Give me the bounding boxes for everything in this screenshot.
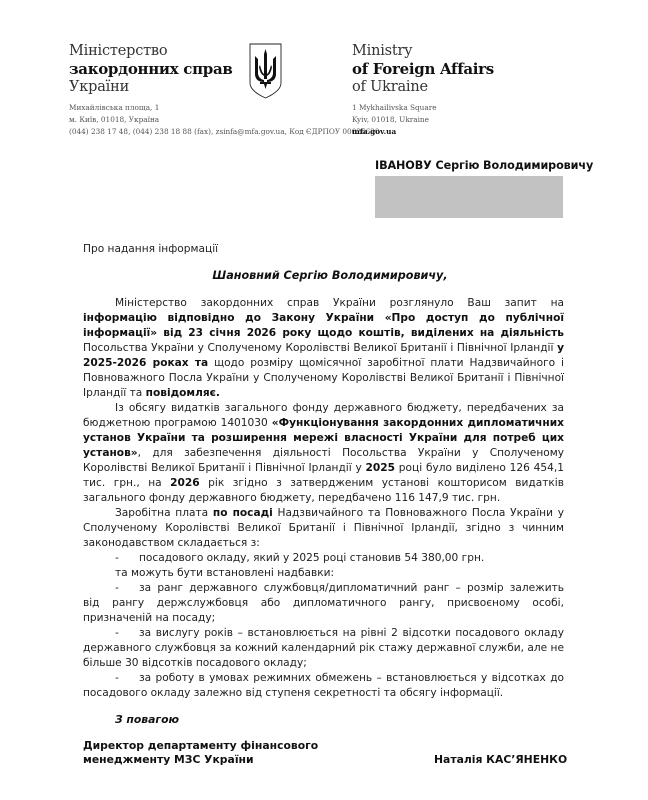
ministry-name-line1: Міністерство (69, 42, 380, 60)
list-item-regime-allowance: -за роботу в умовах режимних обмежень – … (83, 671, 564, 701)
coat-of-arms-trident-icon (249, 43, 282, 99)
contacts-line: (044) 238 17 48, (044) 238 18 88 (fax), … (69, 126, 380, 138)
addressee-name: ІВАНОВУ Сергію Володимировичу (375, 159, 593, 172)
regime-allowance-text: за роботу в умовах режимних обмежень – в… (83, 672, 564, 699)
dash-bullet: - (115, 626, 139, 641)
p2-year-2025: 2025 (366, 462, 396, 474)
salutation: Шановний Сергію Володимировичу, (0, 269, 648, 282)
ministry-name-line3: України (69, 78, 380, 96)
p1-text-a: Міністерство закордонних справ України р… (115, 297, 564, 309)
p3-emphasis: по посаді (213, 507, 273, 519)
letter-subject: Про надання інформації (83, 243, 218, 255)
seniority-allowance-text: за вислугу років – встановлюється на рів… (83, 627, 564, 669)
p1-text-f: повідомляє. (146, 387, 220, 399)
address-en-line1: 1 Mykhailivska Square (352, 102, 494, 114)
p1-text-c: Посольства України у Сполученому Королів… (83, 342, 557, 354)
address-line2: м. Київ, 01018, Україна (69, 114, 380, 126)
signatory-title-line2: менеджменту МЗС України (83, 753, 318, 767)
p1-text-b: інформацію відповідно до Закону України … (83, 312, 564, 339)
dash-bullet: - (115, 671, 139, 686)
ministry-name-en-line1: Ministry (352, 42, 494, 60)
ministry-address-ua: Михайлівська площа, 1 м. Київ, 01018, Ук… (69, 102, 380, 138)
letterhead-english: Ministry of Foreign Affairs of Ukraine 1… (352, 42, 494, 138)
rank-allowance-text: за ранг державного службовця/дипломатичн… (83, 582, 564, 624)
letter-body: Міністерство закордонних справ України р… (83, 296, 564, 701)
dash-bullet: - (115, 581, 139, 596)
dash-bullet: - (115, 551, 139, 566)
list-item-seniority-allowance: -за вислугу років – встановлюється на рі… (83, 626, 564, 671)
closing-phrase: З повагою (115, 713, 179, 726)
base-salary-text: посадового окладу, який у 2025 році стан… (139, 552, 484, 564)
signatory-title-line1: Директор департаменту фінансового (83, 739, 318, 753)
ministry-name-en-line3: of Ukraine (352, 78, 494, 96)
ministry-address-en: 1 Mykhailivska Square Kyiv, 01018, Ukrai… (352, 102, 494, 138)
redacted-address-block (375, 176, 563, 218)
list-item-base-salary: -посадового окладу, який у 2025 році ста… (83, 551, 564, 566)
ministry-name-en-line2: of Foreign Affairs (352, 60, 494, 78)
p3-text-a: Заробітна плата (115, 507, 213, 519)
letterhead-ukrainian: Міністерство закордонних справ України М… (69, 42, 380, 138)
ministry-name-line2: закордонних справ (69, 60, 380, 78)
paragraph-salary: Заробітна плата по посаді Надзвичайного … (83, 506, 564, 551)
salutation-text: Шановний Сергію Володимировичу, (212, 269, 447, 282)
paragraph-budget: Із обсягу видатків загального фонду держ… (83, 401, 564, 506)
allowances-intro: та можуть бути встановлені надбавки: (83, 566, 564, 581)
list-item-rank-allowance: -за ранг державного службовця/дипломатич… (83, 581, 564, 626)
paragraph-request-response: Міністерство закордонних справ України р… (83, 296, 564, 401)
address-en-line2: Kyiv, 01018, Ukraine (352, 114, 494, 126)
signatory-title: Директор департаменту фінансового менедж… (83, 739, 318, 767)
address-line1: Михайлівська площа, 1 (69, 102, 380, 114)
signatory-name: Наталія КАС’ЯНЕНКО (434, 753, 567, 766)
website-link[interactable]: mfa.gov.ua (352, 126, 494, 138)
p2-year-2026: 2026 (170, 477, 200, 489)
